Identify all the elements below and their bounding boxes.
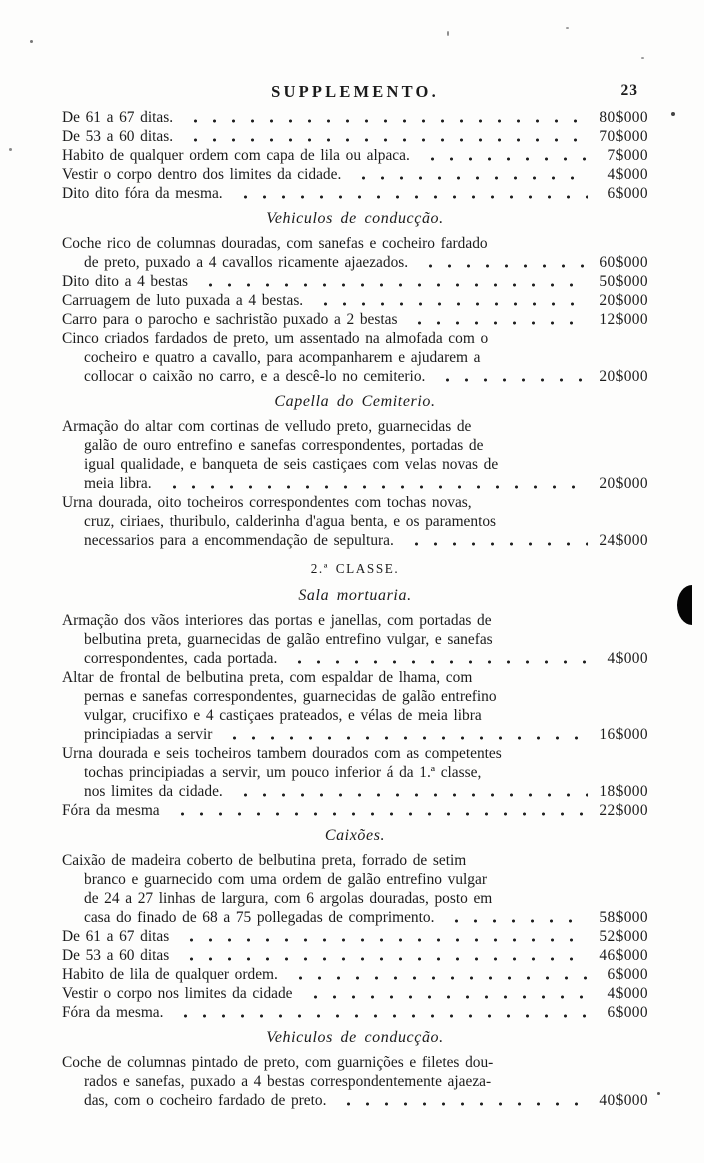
entry-line: tochas principiadas a servir, um pouco i… (62, 763, 648, 782)
entry-line: Altar de frontal de belbutina preta, com… (62, 668, 648, 687)
entry-price: 16$000 (594, 725, 648, 744)
entry-line: principiadas a servir16$000 (62, 725, 648, 744)
entry-text: branco e guarnecido com uma ordem de gal… (84, 871, 487, 888)
entry-line: Fóra da mesma.6$000 (62, 1003, 648, 1022)
dot-leader (181, 108, 588, 127)
page-header: SUPPLEMENTO. 23 (62, 82, 648, 106)
entry-price: 4$000 (594, 649, 648, 668)
scan-speck (9, 148, 12, 151)
entry-text: Carruagem de luto puxada a 4 bestas. (62, 291, 303, 310)
entry-line: Armação do altar com cortinas de velludo… (62, 417, 648, 436)
entry-text: Vestir o corpo dentro dos limites da cid… (62, 165, 341, 184)
scan-speck (30, 40, 33, 43)
page-content: SUPPLEMENTO. 23 De 61 a 67 ditas.80$000D… (62, 82, 648, 1110)
entry-price: 58$000 (594, 908, 648, 927)
entry-price: 22$000 (594, 801, 648, 820)
entry-line: Carruagem de luto puxada a 4 bestas.20$0… (62, 291, 648, 310)
entry-line: nos limites da cidade.18$000 (62, 782, 648, 801)
entry-line: De 61 a 67 ditas52$000 (62, 927, 648, 946)
dot-leader (181, 127, 588, 146)
entry-price: 18$000 (594, 782, 648, 801)
entry-price: 24$000 (594, 531, 648, 550)
entry-text: belbutina preta, guarnecidas de galão en… (84, 631, 493, 648)
entry-text: Urna dourada, oito tocheiros corresponde… (62, 494, 472, 511)
dot-leader (418, 146, 588, 165)
entry-line: Coche rico de columnas douradas, com san… (62, 234, 648, 253)
entry-text: Vestir o corpo nos limites da cidade (62, 984, 293, 1003)
entry-line: de preto, puxado a 4 cavallos ricamente … (62, 253, 648, 272)
entry-line: de 24 a 27 linhas de largura, com 6 argo… (62, 889, 648, 908)
entry-line: De 53 a 60 ditas.70$000 (62, 127, 648, 146)
entry-line: meia libra.20$000 (62, 474, 648, 493)
entry-line: belbutina preta, guarnecidas de galão en… (62, 630, 648, 649)
entry-line: De 53 a 60 ditas46$000 (62, 946, 648, 965)
entry-line: correspondentes, cada portada.4$000 (62, 649, 648, 668)
entry-line: Carro para o parocho e sachristão puxado… (62, 310, 648, 329)
entry-line: Dito dito fóra da mesma.6$000 (62, 184, 648, 203)
entry-line: branco e guarnecido com uma ordem de gal… (62, 870, 648, 889)
entry-text: Urna dourada e seis tocheiros tambem dou… (62, 745, 502, 762)
price-entry: Urna dourada, oito tocheiros corresponde… (62, 493, 648, 550)
entry-price: 52$000 (594, 927, 648, 946)
entry-text: Dito dito a 4 bestas (62, 272, 188, 291)
entry-text: De 61 a 67 ditas (62, 927, 169, 946)
entry-text: De 53 a 60 ditas (62, 946, 169, 965)
section-heading: Vehiculos de conducção. (62, 209, 648, 228)
entry-line: Vestir o corpo nos limites da cidade4$00… (62, 984, 648, 1003)
entry-text: principiadas a servir (84, 725, 212, 744)
entry-text: Dito dito fóra da mesma. (62, 184, 223, 203)
entry-line: Habito de lila de qualquer ordem.6$000 (62, 965, 648, 984)
price-entry: Altar de frontal de belbutina preta, com… (62, 668, 648, 744)
entry-price: 7$000 (594, 146, 648, 165)
entry-price: 20$000 (594, 291, 648, 310)
entry-price: 4$000 (594, 984, 648, 1003)
price-entry: Dito dito a 4 bestas50$000 (62, 272, 648, 291)
entry-line: Fóra da mesma22$000 (62, 801, 648, 820)
entry-text: cruz, ciriaes, thuribulo, calderinha d'a… (84, 513, 496, 530)
entry-line: rados e sanefas, puxado a 4 bestas corre… (62, 1072, 648, 1091)
entry-price: 20$000 (594, 474, 648, 493)
price-entry: Carro para o parocho e sachristão puxado… (62, 310, 648, 329)
entry-line: De 61 a 67 ditas.80$000 (62, 108, 648, 127)
dot-leader (405, 310, 588, 329)
entry-line: Cinco criados fardados de preto, um asse… (62, 329, 648, 348)
dot-leader (286, 965, 588, 984)
entry-line: collocar o caixão no carro, e a descê-lo… (62, 367, 648, 386)
dot-leader (220, 725, 588, 744)
entry-line: Habito de qualquer ordem com capa de lil… (62, 146, 648, 165)
entry-line: cruz, ciriaes, thuribulo, calderinha d'a… (62, 512, 648, 531)
entry-text: necessarios para a encommendação de sepu… (84, 531, 394, 550)
price-entry: Cinco criados fardados de preto, um asse… (62, 329, 648, 386)
price-entry: Fóra da mesma.6$000 (62, 1003, 648, 1022)
dot-leader (311, 291, 588, 310)
entry-text: correspondentes, cada portada. (84, 649, 277, 668)
entry-text: das, com o cocheiro fardado de preto. (84, 1091, 326, 1110)
entry-line: pernas e sanefas correspondentes, guarne… (62, 687, 648, 706)
price-entry: Armação dos vãos interiores das portas e… (62, 611, 648, 668)
entry-text: galão de ouro entrefino e sanefas corres… (84, 437, 483, 454)
entry-text: nos limites da cidade. (84, 782, 223, 801)
entry-line: Vestir o corpo dentro dos limites da cid… (62, 165, 648, 184)
price-entry: Dito dito fóra da mesma.6$000 (62, 184, 648, 203)
page-number: 23 (621, 82, 639, 100)
entry-text: cocheiro e quatro a cavallo, para acompa… (84, 349, 480, 366)
price-entry: Coche de columnas pintado de preto, com … (62, 1053, 648, 1110)
entry-text: de 24 a 27 linhas de largura, com 6 argo… (84, 890, 492, 907)
price-entry: De 53 a 60 ditas.70$000 (62, 127, 648, 146)
entry-line: igual qualidade, e banqueta de seis cast… (62, 455, 648, 474)
entry-price: 40$000 (594, 1091, 648, 1110)
price-entry: Armação do altar com cortinas de velludo… (62, 417, 648, 493)
dot-leader (402, 531, 588, 550)
entry-text: Coche rico de columnas douradas, com san… (62, 235, 488, 252)
entry-text: De 61 a 67 ditas. (62, 108, 173, 127)
entry-text: Cinco criados fardados de preto, um asse… (62, 330, 488, 347)
entry-line: casa do finado de 68 a 75 pollegadas de … (62, 908, 648, 927)
price-entry: Vestir o corpo dentro dos limites da cid… (62, 165, 648, 184)
entry-price: 50$000 (594, 272, 648, 291)
dot-leader (285, 649, 588, 668)
price-entry: Habito de lila de qualquer ordem.6$000 (62, 965, 648, 984)
dot-leader (416, 253, 588, 272)
dot-leader (196, 272, 588, 291)
section-heading: Caixões. (62, 826, 648, 845)
entry-line: das, com o cocheiro fardado de preto.40$… (62, 1091, 648, 1110)
price-entry: Carruagem de luto puxada a 4 bestas.20$0… (62, 291, 648, 310)
entry-text: Habito de lila de qualquer ordem. (62, 965, 278, 984)
entry-text: Fóra da mesma. (62, 1003, 163, 1022)
scan-speck (566, 27, 569, 29)
entry-price: 6$000 (594, 965, 648, 984)
dot-leader (334, 1091, 588, 1110)
entry-text: vulgar, crucifixo e 4 castiçaes prateado… (84, 707, 482, 724)
entry-text: meia libra. (84, 474, 152, 493)
entry-text: Altar de frontal de belbutina preta, com… (62, 669, 472, 686)
entry-text: De 53 a 60 ditas. (62, 127, 173, 146)
price-entry: Caixão de madeira coberto de belbutina p… (62, 851, 648, 927)
entry-line: necessarios para a encommendação de sepu… (62, 531, 648, 550)
dot-leader (231, 184, 588, 203)
section-heading: Sala mortuaria. (62, 586, 648, 605)
dot-leader (177, 927, 588, 946)
dot-leader (168, 801, 588, 820)
entry-price: 12$000 (594, 310, 648, 329)
price-entry: Fóra da mesma22$000 (62, 801, 648, 820)
entry-line: galão de ouro entrefino e sanefas corres… (62, 436, 648, 455)
page-title: SUPPLEMENTO. (62, 82, 648, 102)
price-entry: De 61 a 67 ditas.80$000 (62, 108, 648, 127)
entry-price: 60$000 (594, 253, 648, 272)
dot-leader (177, 946, 588, 965)
dot-leader (171, 1003, 588, 1022)
entry-text: Coche de columnas pintado de preto, com … (62, 1054, 493, 1071)
price-entry: Urna dourada e seis tocheiros tambem dou… (62, 744, 648, 801)
price-entry: De 53 a 60 ditas46$000 (62, 946, 648, 965)
entry-text: casa do finado de 68 a 75 pollegadas de … (84, 908, 434, 927)
entry-price: 20$000 (594, 367, 648, 386)
entry-text: Armação dos vãos interiores das portas e… (62, 612, 492, 629)
section-heading: 2.ª CLASSE. (62, 559, 648, 578)
entry-line: Urna dourada e seis tocheiros tambem dou… (62, 744, 648, 763)
entry-line: vulgar, crucifixo e 4 castiçaes prateado… (62, 706, 648, 725)
scan-speck (641, 57, 644, 59)
entry-text: rados e sanefas, puxado a 4 bestas corre… (84, 1073, 491, 1090)
scan-speck (447, 31, 449, 36)
entry-text: igual qualidade, e banqueta de seis cast… (84, 456, 498, 473)
entry-price: 6$000 (594, 184, 648, 203)
price-list: De 61 a 67 ditas.80$000De 53 a 60 ditas.… (62, 108, 648, 1110)
entry-line: Dito dito a 4 bestas50$000 (62, 272, 648, 291)
dot-leader (231, 782, 588, 801)
entry-text: tochas principiadas a servir, um pouco i… (84, 764, 481, 781)
price-entry: Coche rico de columnas douradas, com san… (62, 234, 648, 272)
scan-speck (671, 112, 675, 116)
entry-line: Urna dourada, oito tocheiros corresponde… (62, 493, 648, 512)
dot-leader (442, 908, 588, 927)
scan-speck (657, 1092, 660, 1095)
price-entry: Vestir o corpo nos limites da cidade4$00… (62, 984, 648, 1003)
entry-line: Caixão de madeira coberto de belbutina p… (62, 851, 648, 870)
entry-text: de preto, puxado a 4 cavallos ricamente … (84, 253, 408, 272)
entry-line: Coche de columnas pintado de preto, com … (62, 1053, 648, 1072)
entry-text: Fóra da mesma (62, 801, 160, 820)
entry-price: 70$000 (594, 127, 648, 146)
price-entry: Habito de qualquer ordem com capa de lil… (62, 146, 648, 165)
entry-price: 4$000 (594, 165, 648, 184)
section-heading: Vehiculos de conducção. (62, 1028, 648, 1047)
price-entry: De 61 a 67 ditas52$000 (62, 927, 648, 946)
dot-leader (433, 367, 588, 386)
ink-blot-artifact (677, 585, 692, 625)
entry-price: 46$000 (594, 946, 648, 965)
entry-text: Carro para o parocho e sachristão puxado… (62, 310, 397, 329)
entry-line: Armação dos vãos interiores das portas e… (62, 611, 648, 630)
dot-leader (349, 165, 588, 184)
entry-line: cocheiro e quatro a cavallo, para acompa… (62, 348, 648, 367)
section-heading: Capella do Cemiterio. (62, 392, 648, 411)
entry-text: Caixão de madeira coberto de belbutina p… (62, 852, 466, 869)
entry-price: 80$000 (594, 108, 648, 127)
entry-text: collocar o caixão no carro, e a descê-lo… (84, 367, 425, 386)
entry-text: Armação do altar com cortinas de velludo… (62, 418, 471, 435)
dot-leader (160, 474, 588, 493)
entry-text: Habito de qualquer ordem com capa de lil… (62, 146, 410, 165)
document-page: SUPPLEMENTO. 23 De 61 a 67 ditas.80$000D… (0, 0, 704, 1163)
entry-text: pernas e sanefas correspondentes, guarne… (84, 688, 497, 705)
dot-leader (301, 984, 589, 1003)
entry-price: 6$000 (594, 1003, 648, 1022)
